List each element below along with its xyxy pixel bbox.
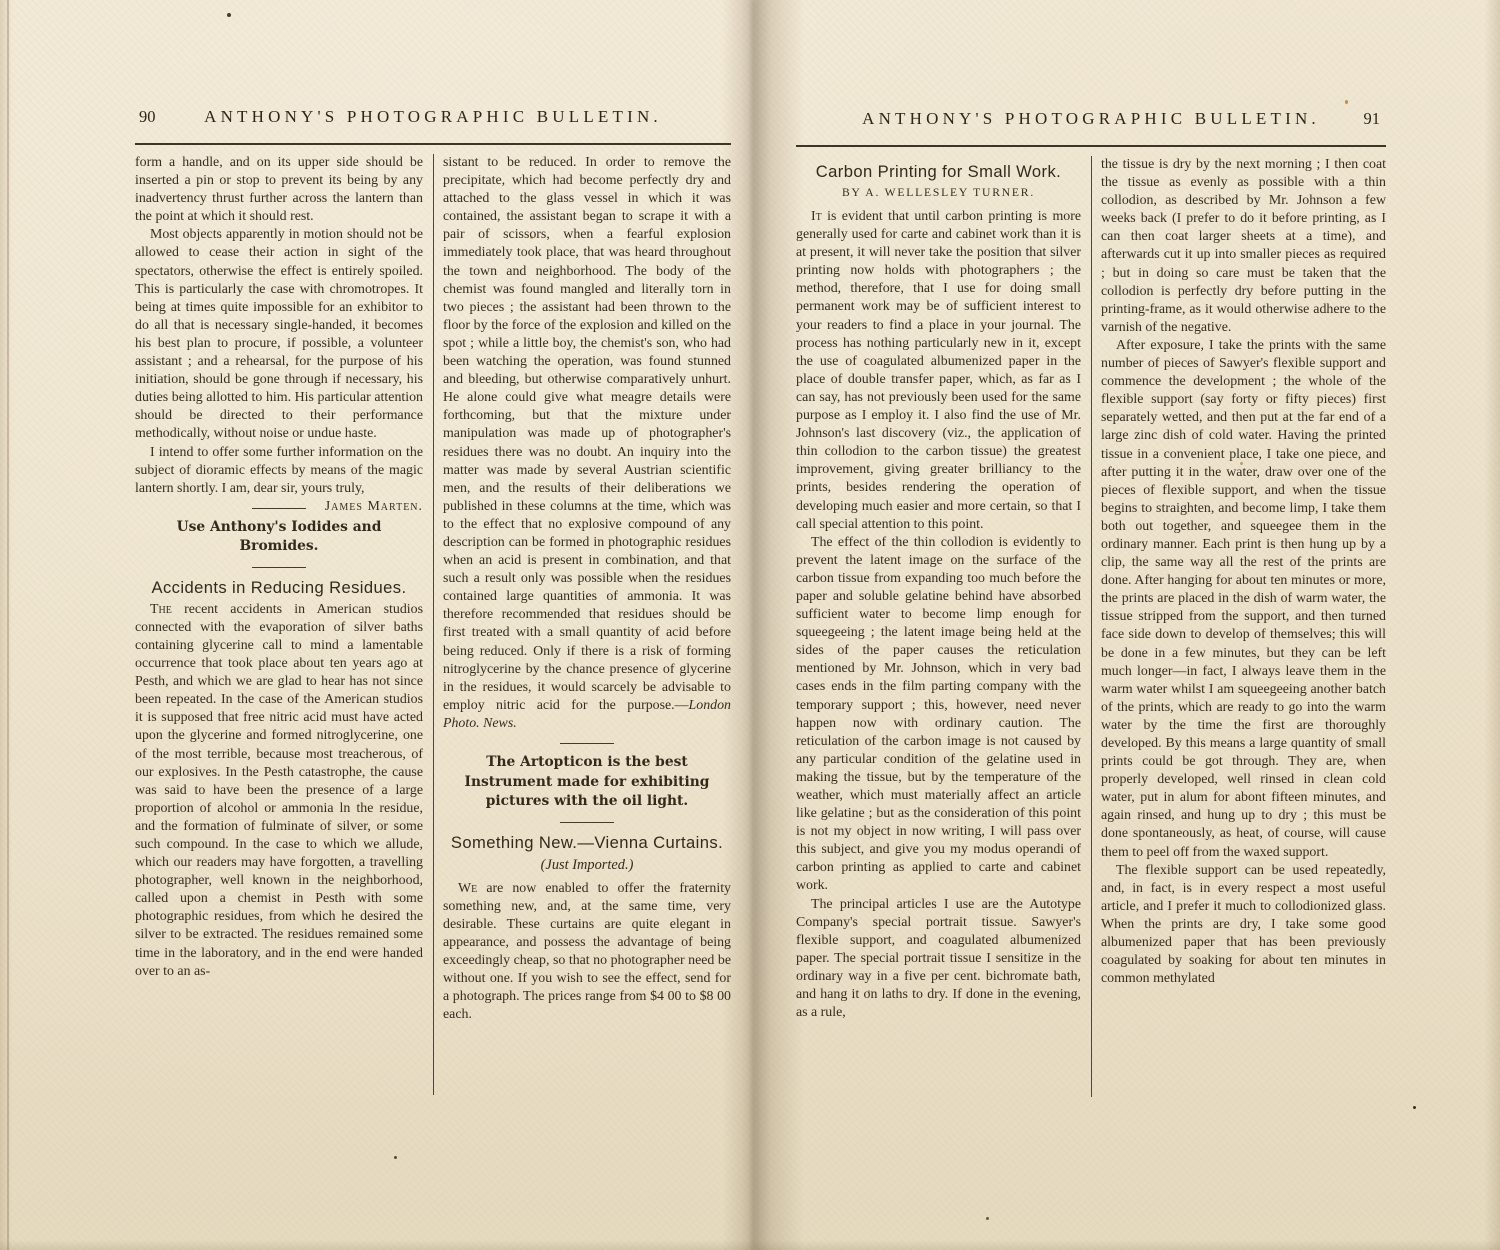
page-90: 90 ANTHONY'S PHOTOGRAPHIC BULLETIN. form… [135, 106, 731, 1095]
header-rule [796, 145, 1386, 147]
page-deckle-edge [7, 0, 9, 1250]
paper-speck [1413, 1106, 1416, 1109]
paragraph: The principal articles I use are the Aut… [796, 896, 1081, 1023]
text-columns: Carbon Printing for Small Work.BY A. WEL… [796, 156, 1386, 1097]
text-run: The effect of the thin collodion is evid… [796, 535, 1081, 894]
article-heading: Something New.—Vienna Curtains. [443, 832, 731, 853]
text-run: sistant to be reduced. In order to remov… [443, 155, 731, 713]
text-run: the tissue is dry by the next morning ; … [1101, 157, 1386, 335]
smallcaps-lead: It [811, 209, 822, 224]
text-run: is evident that until carbon printing is… [796, 209, 1081, 532]
paragraph: The flexible support can be used repeate… [1101, 862, 1386, 989]
text-run: I intend to offer some further informati… [135, 445, 423, 496]
paragraph: The recent accidents in American studios… [135, 601, 423, 981]
paper-speck [986, 1217, 989, 1220]
paragraph: After exposure, I take the prints with t… [1101, 337, 1386, 862]
text-run: recent accidents in American studios con… [135, 602, 423, 979]
page-number: 90 [139, 107, 156, 127]
binding-crease [752, 0, 755, 1250]
article-byline: BY A. WELLESLEY TURNER. [796, 185, 1081, 201]
letter-closing-paragraph: I intend to offer some further informati… [135, 444, 423, 498]
section-divider-rule [560, 822, 614, 823]
page-gutter-shadow [722, 0, 804, 1250]
text-run: Accidents in Reducing Residues. [152, 578, 407, 597]
header-rule [135, 143, 731, 145]
scan-left-edge-shadow [0, 0, 12, 1250]
article-subheading: (Just Imported.) [443, 856, 731, 875]
paper-speck [227, 13, 231, 17]
page-header: 91 ANTHONY'S PHOTOGRAPHIC BULLETIN. [796, 108, 1386, 145]
article-heading: Carbon Printing for Small Work. [796, 161, 1081, 182]
text-run: Use Anthony's Iodides and Bromides. [177, 519, 382, 555]
paragraph: form a handle, and on its upper side sho… [135, 154, 423, 226]
paper-speck [1345, 100, 1348, 104]
text-column-left: form a handle, and on its upper side sho… [135, 154, 423, 1095]
paragraph: The effect of the thin collodion is evid… [796, 534, 1081, 896]
running-title: ANTHONY'S PHOTOGRAPHIC BULLETIN. [135, 106, 731, 128]
text-column-right: the tissue is dry by the next morning ; … [1101, 156, 1386, 1097]
text-run: form a handle, and on its upper side sho… [135, 155, 423, 224]
text-run: The flexible support can be used repeate… [1101, 863, 1386, 987]
text-columns: form a handle, and on its upper side sho… [135, 154, 731, 1095]
text-run: are now enabled to offer the fraternity … [443, 881, 731, 1023]
text-run: BY A. WELLESLEY TURNER. [842, 186, 1035, 199]
column-divider-rule [433, 154, 434, 1095]
paragraph: Most objects apparently in motion should… [135, 226, 423, 443]
text-run: Something New.—Vienna Curtains. [451, 833, 723, 852]
section-divider-rule [252, 567, 306, 568]
text-run: After exposure, I take the prints with t… [1101, 338, 1386, 860]
text-run: Carbon Printing for Small Work. [816, 162, 1061, 181]
text-run: (Just Imported.) [541, 857, 634, 873]
paragraph: We are now enabled to offer the fraterni… [443, 880, 731, 1025]
advert-notice: Use Anthony's Iodides and Bromides. [141, 518, 417, 557]
scanned-book-spread: { "palette": { "paper": "#ece2cb", "ink"… [0, 0, 1500, 1250]
text-run: Most objects apparently in motion should… [135, 227, 423, 441]
page-header: 90 ANTHONY'S PHOTOGRAPHIC BULLETIN. [135, 106, 731, 143]
smallcaps-lead: We [458, 881, 477, 896]
column-divider-rule [1091, 156, 1092, 1097]
text-run: The principal articles I use are the Aut… [796, 897, 1081, 1021]
paragraph: sistant to be reduced. In order to remov… [443, 154, 731, 733]
text-column-right: sistant to be reduced. In order to remov… [443, 154, 731, 1095]
page-number: 91 [1364, 109, 1381, 129]
page-91: 91 ANTHONY'S PHOTOGRAPHIC BULLETIN. Carb… [796, 108, 1386, 1097]
article-heading: Accidents in Reducing Residues. [135, 577, 423, 598]
section-divider-rule [252, 508, 306, 509]
scan-right-edge-shadow [1484, 0, 1500, 1250]
text-column-left: Carbon Printing for Small Work.BY A. WEL… [796, 156, 1081, 1097]
running-title: ANTHONY'S PHOTOGRAPHIC BULLETIN. [796, 108, 1386, 130]
advert-notice: The Artopticon is the best Instrument ma… [449, 753, 725, 812]
text-run: The Artopticon is the best Instrument ma… [465, 754, 710, 809]
smallcaps-lead: The [150, 602, 172, 617]
paper-speck [394, 1156, 397, 1159]
paragraph: It is evident that until carbon printing… [796, 208, 1081, 534]
letter-signature: James Marten. [310, 498, 423, 516]
section-divider-rule [560, 743, 614, 744]
paragraph: the tissue is dry by the next morning ; … [1101, 156, 1386, 337]
